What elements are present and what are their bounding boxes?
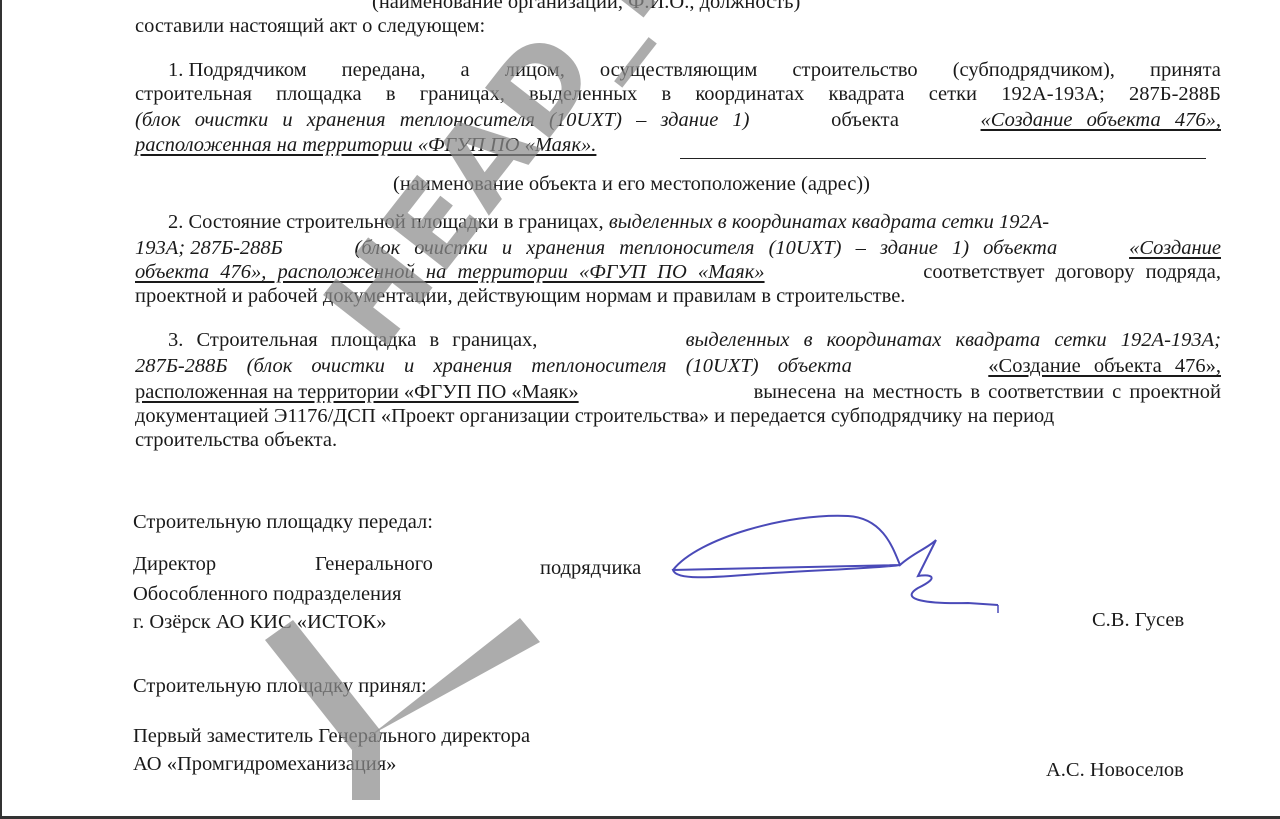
acceptance-role-line2: АО «Промгидромеханизация» (133, 752, 396, 776)
handover-role-word3: подрядчика (540, 556, 641, 580)
handover-role-word1: Директор (133, 552, 216, 576)
signature-icon (668, 508, 1018, 618)
p3-line1: 3. Строительная площадка в границах, выд… (135, 328, 1221, 352)
text-span: соответствует договору подряда, (923, 260, 1221, 284)
acceptance-role-line1: Первый заместитель Генерального директор… (133, 724, 530, 748)
intro-text: составили настоящий акт о следующем: (135, 14, 485, 38)
word: в (662, 82, 672, 106)
word: площадка (276, 82, 362, 106)
word: координатах (695, 82, 804, 106)
p3-line2: 287Б-288Б (блок очистки и хранения тепло… (135, 354, 1221, 378)
word: (субподрядчиком), (953, 58, 1115, 82)
fill-in-rule (680, 158, 1206, 159)
p2-line1: 2. Состояние строительной площадки в гра… (168, 210, 1049, 234)
handover-role-word2: Генерального (315, 552, 433, 576)
italic-span: выделенных в координатах квадрата сетки … (686, 328, 1221, 352)
handover-signer-name: С.В. Гусев (1092, 608, 1184, 632)
handover-label: Строительную площадку передал: (133, 510, 433, 534)
object-name-link: «Создание объекта 476», (981, 108, 1221, 132)
p2-line4: проектной и рабочей документации, действ… (135, 284, 905, 308)
text-span: вынесена на местность в соответствии с п… (754, 380, 1221, 404)
p3-line4: документацией Э1176/ДСП «Проект организа… (135, 404, 1054, 428)
acceptance-signer-name: А.С. Новоселов (1046, 758, 1184, 782)
handover-role-line3: г. Озёрск АО КИС «ИСТОК» (133, 610, 386, 634)
word: 192А-193А; (1001, 82, 1105, 106)
p1-line3: (блок очистки и хранения теплоносителя (… (135, 108, 1221, 132)
p1-line2: строительная площадка в границах, выделе… (135, 82, 1221, 106)
text-span: объекта (831, 108, 899, 132)
handover-role-line2: Обособленного подразделения (133, 582, 401, 606)
word: квадрата (828, 82, 904, 106)
p1-line1: 1. Подрядчиком передана, а лицом, осущес… (135, 58, 1221, 82)
word: передана, (342, 58, 426, 82)
object-name-link: «Создание объекта 476», (988, 354, 1221, 378)
word: 1. Подрядчиком (168, 58, 307, 82)
p2-line3: объекта 476», расположенной на территори… (135, 260, 1221, 284)
word: сетки (929, 82, 977, 106)
p3-line3: расположенная на территории «ФГУП ПО «Ма… (135, 380, 1221, 404)
italic-span: 287Б-288Б (блок очистки и хранения тепло… (135, 354, 852, 378)
p2-line2: 193А; 287Б-288Б (блок очистки и хранения… (135, 236, 1221, 260)
page-border-left (0, 0, 2, 819)
word: строительная (135, 82, 252, 106)
acceptance-label: Строительную площадку принял: (133, 674, 427, 698)
word: в (386, 82, 396, 106)
italic-span: 193А; 287Б-288Б (135, 236, 283, 260)
word: строительство (792, 58, 917, 82)
italic-span: выделенных в координатах квадрата сетки … (609, 211, 1049, 233)
object-name-link: расположенная на территории «ФГУП ПО «Ма… (135, 380, 579, 404)
word: 287Б-288Б (1129, 82, 1221, 106)
object-name-link: «Создание (1129, 236, 1221, 260)
word: принята (1150, 58, 1221, 82)
p3-line5: строительства объекта. (135, 428, 337, 452)
